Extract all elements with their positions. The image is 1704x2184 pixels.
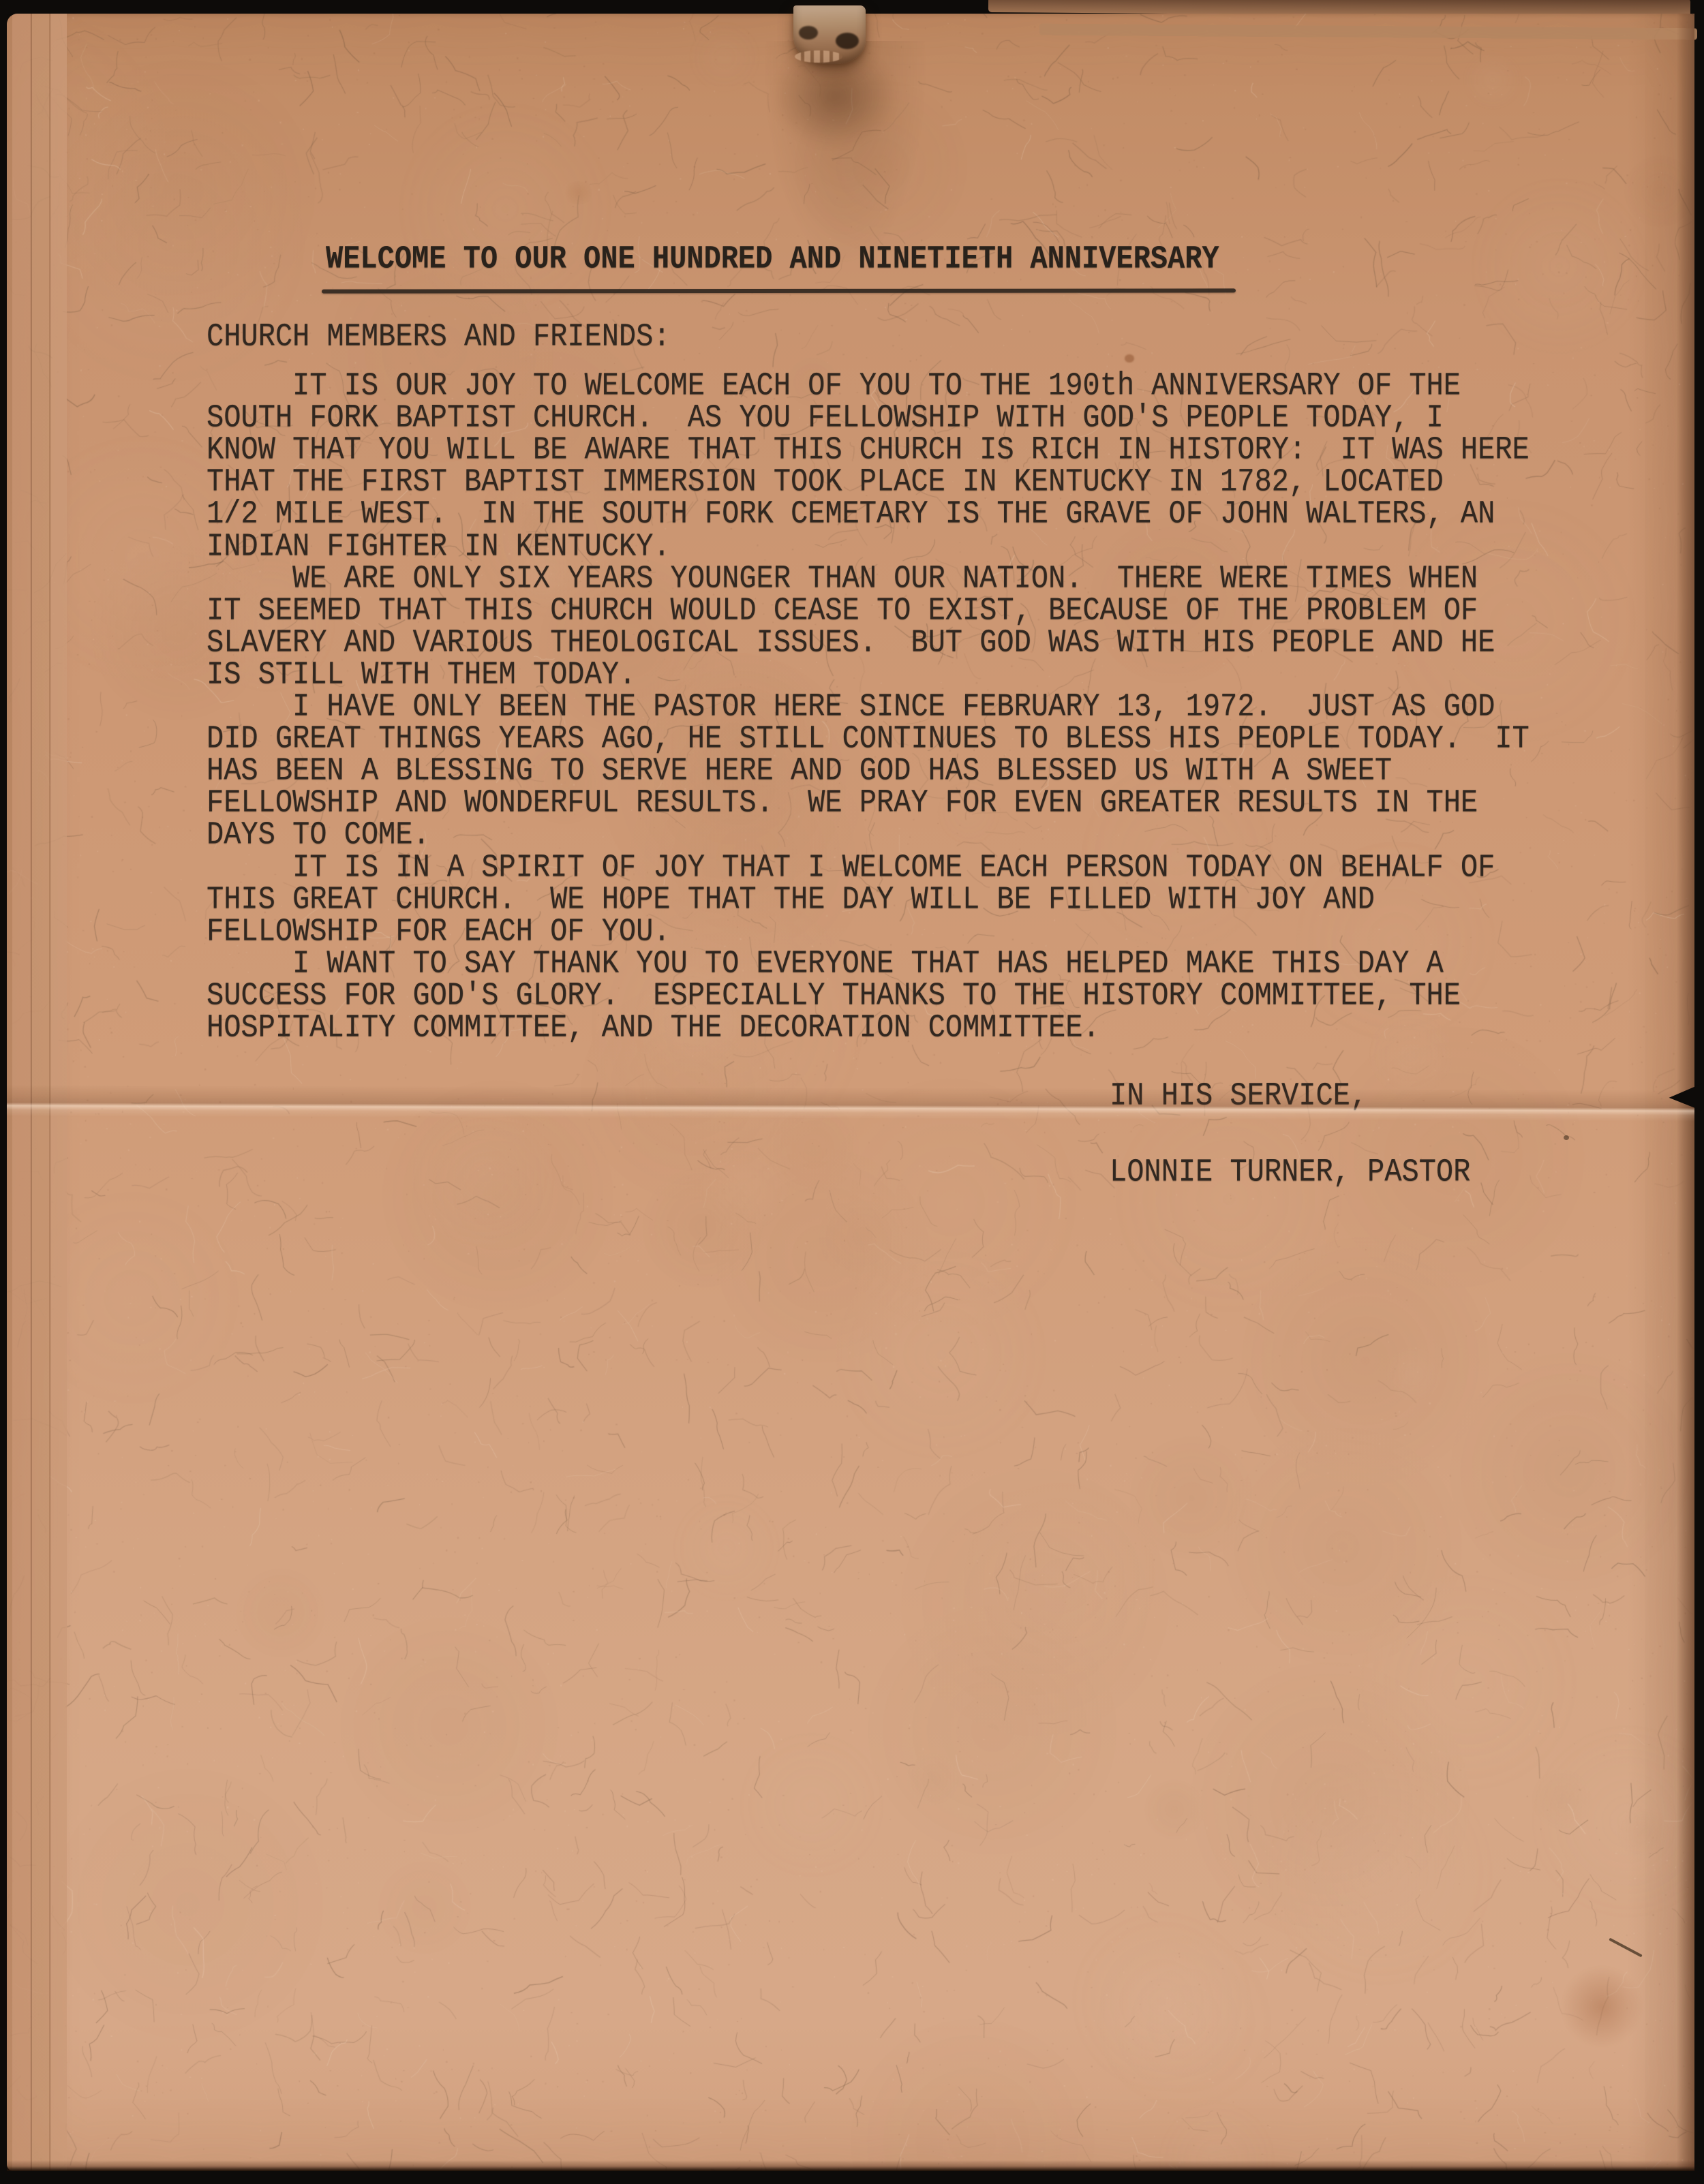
tape-torn-fringe xyxy=(795,50,842,63)
stacked-page-edges-left xyxy=(7,14,67,2171)
typed-line: I WANT TO SAY THANK YOU TO EVERYONE THAT… xyxy=(207,946,1530,982)
typed-line: THIS GREAT CHURCH. WE HOPE THAT THE DAY … xyxy=(207,882,1530,918)
staple-mark-icon xyxy=(799,26,818,40)
typed-line: CHURCH MEMBERS AND FRIENDS: xyxy=(207,319,1530,355)
typed-line: IS STILL WITH THEM TODAY. xyxy=(207,657,1530,693)
paper-speck xyxy=(1564,1135,1569,1140)
title-underline xyxy=(322,288,1236,293)
closing-text: IN HIS SERVICE, xyxy=(1110,1078,1367,1114)
typed-line: IT IS IN A SPIRIT OF JOY THAT I WELCOME … xyxy=(207,850,1530,886)
typed-line: DAYS TO COME. xyxy=(207,818,1530,854)
letter-closing: IN HIS SERVICE, xyxy=(1110,1080,1367,1112)
binding-tape xyxy=(793,5,866,64)
typed-line: SUCCESS FOR GOD'S GLORY. ESPECIALLY THAN… xyxy=(207,978,1530,1014)
typed-body: CHURCH MEMBERS AND FRIENDS: IT IS OUR JO… xyxy=(207,321,1530,1044)
letter-signature: LONNIE TURNER, PASTOR xyxy=(1110,1156,1470,1188)
signature-text: LONNIE TURNER, PASTOR xyxy=(1110,1154,1470,1190)
paper-speck xyxy=(1125,354,1134,363)
fold-crease xyxy=(7,1085,1694,1122)
letter-title: WELCOME TO OUR ONE HUNDRED AND NINETIETH… xyxy=(326,241,1219,277)
typed-line: SLAVERY AND VARIOUS THEOLOGICAL ISSUES. … xyxy=(207,625,1530,661)
under-page-edge-top-right xyxy=(1039,24,1697,40)
typed-line: HOSPITALITY COMMITTEE, AND THE DECORATIO… xyxy=(207,1010,1530,1046)
typed-line: 1/2 MILE WEST. IN THE SOUTH FORK CEMETAR… xyxy=(207,497,1530,533)
staple-mark-icon xyxy=(836,33,859,49)
typed-line: IT SEEMED THAT THIS CHURCH WOULD CEASE T… xyxy=(207,593,1530,629)
typed-line: WE ARE ONLY SIX YEARS YOUNGER THAN OUR N… xyxy=(207,561,1530,597)
scanner-background: WELCOME TO OUR ONE HUNDRED AND NINETIETH… xyxy=(0,0,1704,2184)
ink-stain xyxy=(1561,1966,1643,2048)
typed-line: I HAVE ONLY BEEN THE PASTOR HERE SINCE F… xyxy=(207,689,1530,725)
paper-stain-faint xyxy=(563,181,594,204)
letter-page: WELCOME TO OUR ONE HUNDRED AND NINETIETH… xyxy=(7,14,1694,2171)
pen-mark xyxy=(1609,1938,1643,1958)
typed-line: FELLOWSHIP FOR EACH OF YOU. xyxy=(207,914,1530,950)
page-edge-bottom xyxy=(7,2160,1694,2171)
typed-line: INDIAN FIGHTER IN KENTUCKY. xyxy=(207,529,1530,565)
